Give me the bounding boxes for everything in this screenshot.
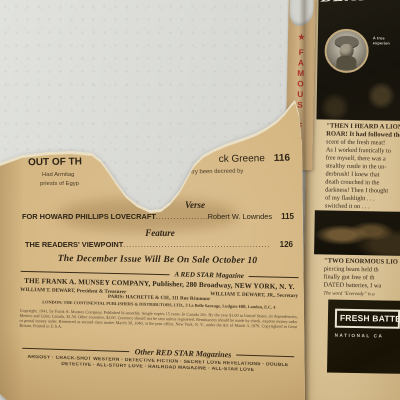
- contents-page-content: OUT OF TH ck Greene 116 Had Armitag ntry…: [0, 0, 400, 400]
- left-page: OUT OF TH ck Greene 116 Had Armitag ntry…: [0, 3, 400, 400]
- page-bottom-shading: [0, 330, 400, 400]
- photo-of-torn-magazine-contents-page: BEASTS O A true experien "THEN I HEARD A…: [0, 0, 400, 400]
- left-page-wrapper: OUT OF TH ck Greene 116 Had Armitag ntry…: [0, 0, 400, 400]
